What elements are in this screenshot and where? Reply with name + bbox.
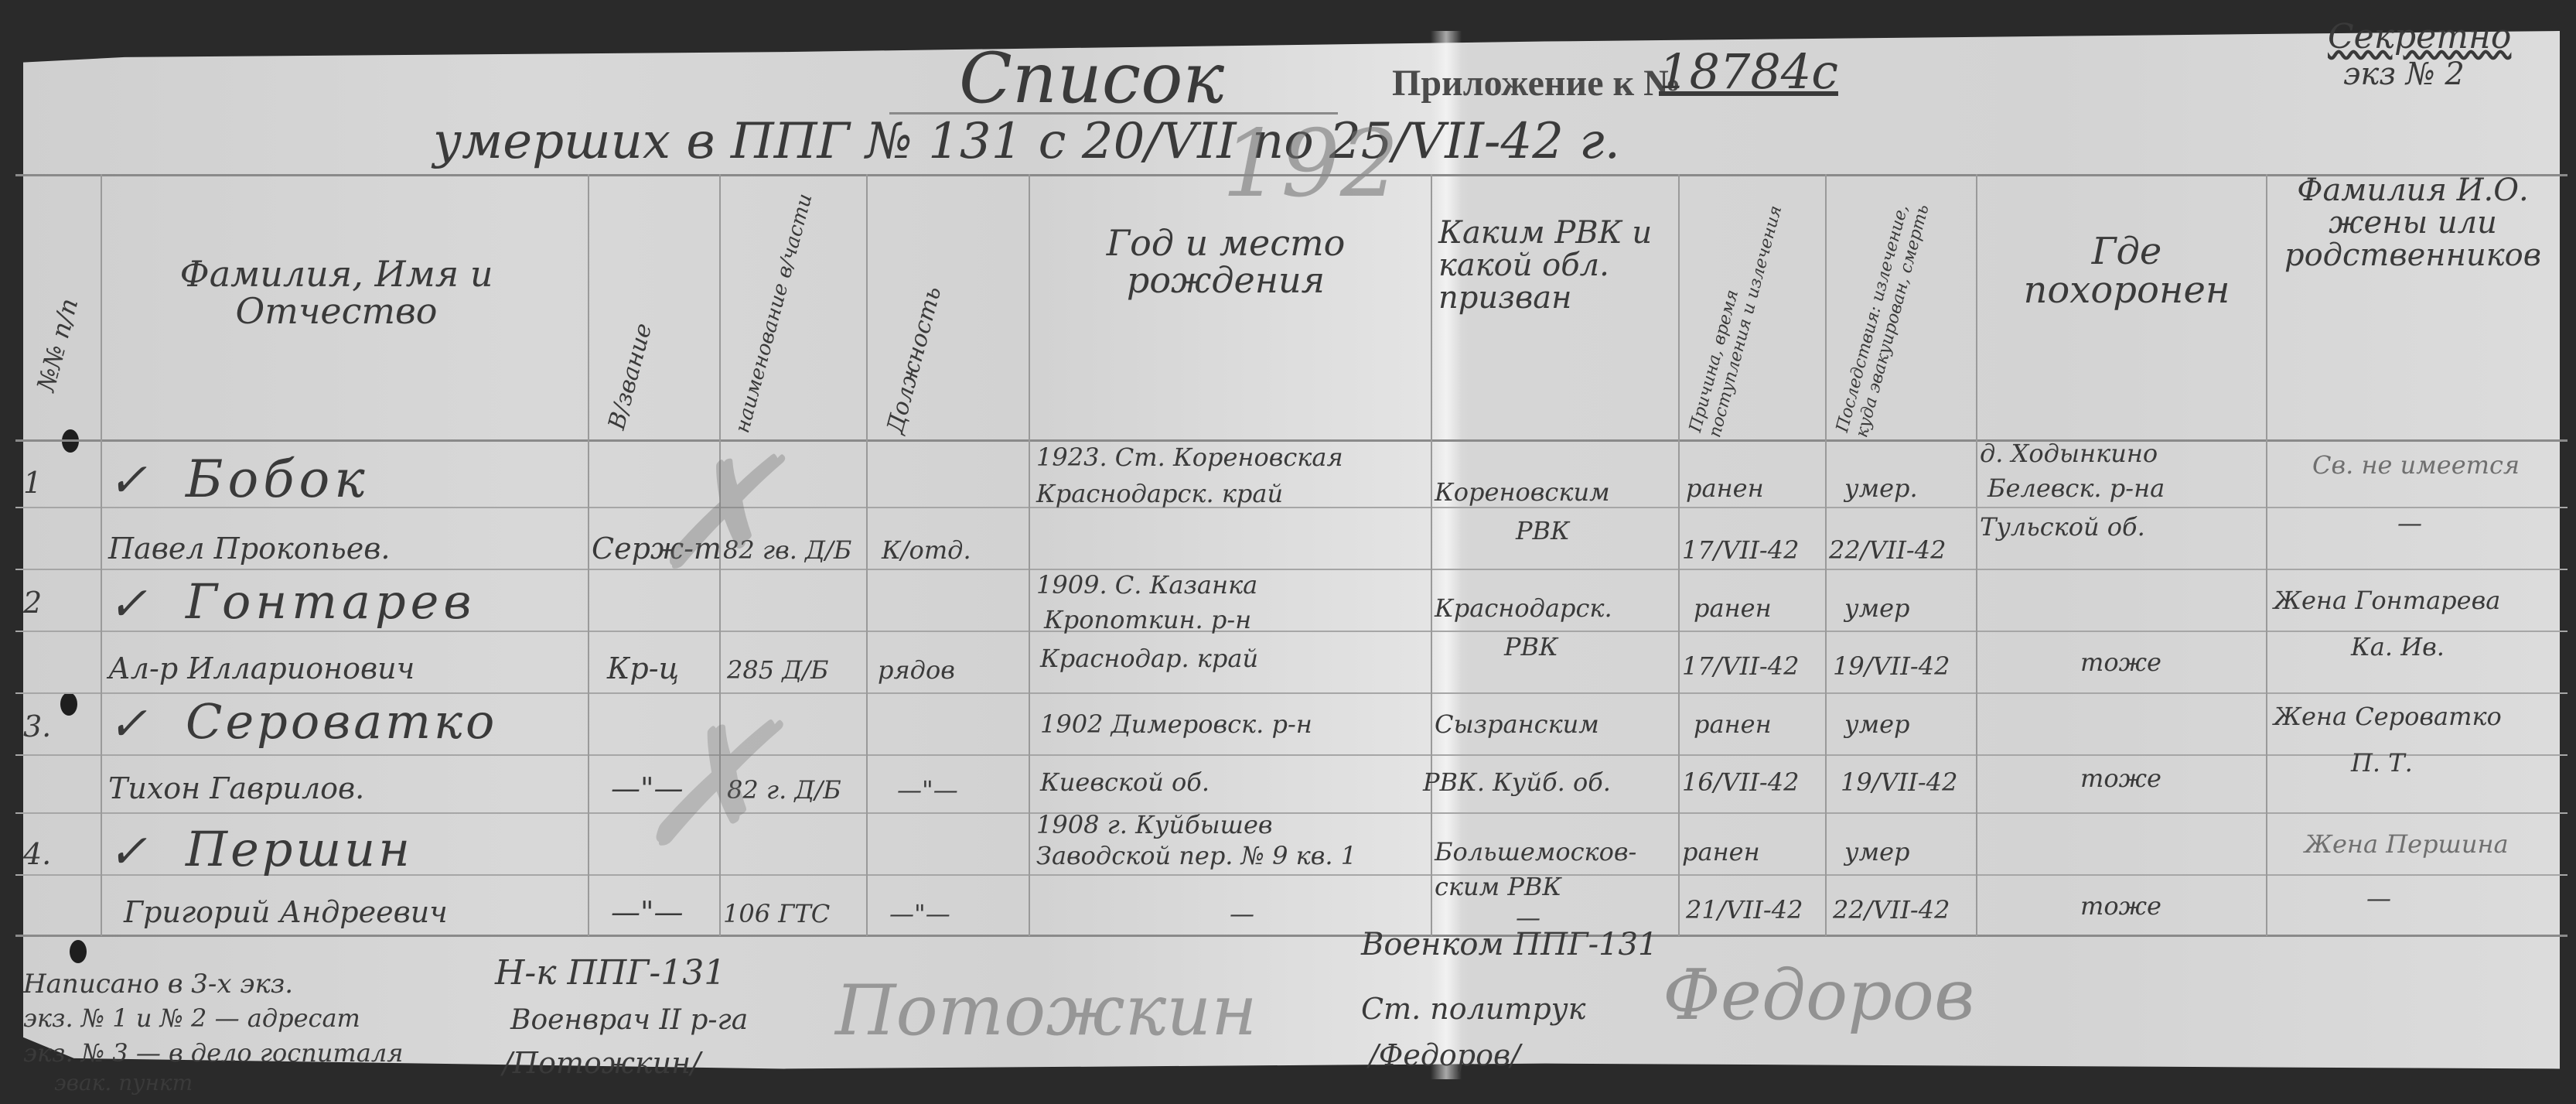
commissar-rank: Ст. политрук: [1361, 994, 1585, 1025]
chief-signature: Потожкин: [835, 975, 1257, 1048]
birth: 1909. С. Казанка: [1036, 573, 1257, 599]
burial: тоже: [2080, 894, 2161, 920]
relatives: П. Т.: [2351, 750, 2413, 777]
chief-title: Н-к ППГ-131: [495, 955, 725, 991]
unit: 106 ГТС: [723, 901, 830, 928]
relatives: Жена Сероватко: [2274, 704, 2502, 730]
position: —"—: [889, 901, 950, 928]
pencil-annotation: 192: [1222, 116, 1399, 214]
cause: ранен: [1694, 712, 1772, 738]
birth: Кропоткин. р-н: [1044, 607, 1251, 634]
check-mark-icon: ✓: [108, 700, 147, 749]
stamp-label: Приложение к №: [1392, 62, 1680, 104]
birth: —: [1230, 901, 1254, 928]
check-mark-icon: ✓: [108, 828, 147, 877]
birth: Киевской об.: [1040, 770, 1210, 796]
burial: тоже: [2080, 650, 2161, 676]
note-line: экз. № 3 — в дело госпиталя: [23, 1041, 403, 1067]
rank: Кр-ц: [607, 654, 679, 685]
relatives: Жена Гонтарева: [2274, 588, 2500, 614]
copy-number: экз № 2: [2343, 58, 2465, 91]
cause-date: 17/VII-42: [1682, 654, 1799, 680]
position: К/отд.: [882, 538, 971, 564]
punch-hole: [60, 692, 77, 716]
birth: 1908 г. Куйбышев: [1036, 812, 1273, 839]
header-birth: Год и место рождения: [1040, 224, 1411, 299]
header-name: Фамилия, Имя и Отчество: [112, 255, 561, 330]
surname: Першин: [186, 824, 413, 874]
paper-fold: [1431, 31, 1462, 1079]
drafted: ским РВК: [1435, 874, 1561, 901]
birth: Краснодарск. край: [1036, 481, 1283, 508]
unit: 285 Д/Б: [727, 658, 829, 684]
cause: ранен: [1686, 476, 1764, 502]
commissar-signature: Федоров: [1663, 959, 1974, 1033]
cause: ранен: [1682, 839, 1760, 866]
death: умер: [1844, 839, 1910, 866]
drafted: Большемосков-: [1435, 839, 1636, 866]
stamp-number: 18784с: [1659, 46, 1838, 97]
position: —"—: [897, 778, 958, 804]
pencil-cross-mark: ✗: [650, 433, 780, 596]
death-date: 19/VII-42: [1833, 654, 1950, 680]
check-mark-icon: ✓: [108, 580, 147, 629]
note-line: эвак. пункт: [54, 1072, 193, 1094]
rank: —"—: [611, 897, 683, 928]
relatives: Жена Першина: [2305, 832, 2509, 858]
drafted: РВК. Куйб. об.: [1423, 770, 1611, 796]
surname: Бобок: [186, 453, 370, 506]
relatives: —: [2366, 886, 2391, 912]
birth: Заводской пер. № 9 кв. 1: [1036, 843, 1356, 870]
burial: тоже: [2080, 766, 2161, 792]
given-names: Тихон Гаврилов.: [108, 774, 364, 805]
death-date: 22/VII-42: [1829, 538, 1946, 564]
row-num: 4.: [23, 839, 51, 870]
note-line: Написано в 3-х экз.: [23, 971, 293, 999]
commissar-name: /Федоров/: [1369, 1041, 1520, 1072]
surname: Гонтарев: [186, 576, 476, 627]
relatives: Св. не имеется: [2312, 453, 2520, 479]
given-names: Ал-р Илларионович: [108, 654, 415, 685]
check-mark-icon: ✓: [108, 456, 147, 505]
drafted: РВК: [1504, 634, 1558, 661]
relatives: Ка. Ив.: [2351, 634, 2445, 661]
document-title: Список: [959, 43, 1224, 116]
drafted: Краснодарск.: [1435, 596, 1612, 622]
death-date: 19/VII-42: [1841, 770, 1957, 796]
burial: Белевск. р-на: [1987, 476, 2165, 502]
burial: Тульской об.: [1980, 514, 2145, 541]
header-burial: Где похоронен: [2011, 232, 2243, 310]
chief-name: /Потожкин/: [503, 1048, 701, 1079]
birth: 1923. Ст. Кореновская: [1036, 445, 1343, 471]
surname: Сероватко: [186, 696, 497, 747]
birth: Краснодар. край: [1040, 646, 1258, 672]
birth: 1902 Димеровск. р-н: [1040, 712, 1312, 738]
row-num: 2: [23, 588, 42, 619]
death: умер: [1844, 596, 1910, 622]
document-subtitle: умерших в ППГ № 131 с 20/VII по 25/VII-4…: [433, 116, 1620, 168]
commissar-title: Военком ППГ-131: [1361, 928, 1657, 961]
relatives: —: [2397, 511, 2422, 537]
death: умер.: [1844, 476, 1918, 502]
punch-hole: [70, 940, 87, 963]
secrecy-label: Секретно: [2328, 19, 2511, 55]
cause-date: 16/VII-42: [1682, 770, 1799, 796]
burial: д. Ходынкино: [1980, 441, 2158, 467]
drafted: РВК: [1516, 518, 1570, 545]
note-line: экз. № 1 и № 2 — адресат: [23, 1006, 360, 1032]
row-num: 1: [23, 468, 42, 499]
chief-rank: Военврач II р-га: [510, 1006, 748, 1035]
drafted: Сызранским: [1435, 712, 1599, 738]
given-names: Григорий Андреевич: [124, 897, 448, 928]
cause-date: 21/VII-42: [1686, 897, 1803, 924]
drafted: Кореновским: [1435, 480, 1610, 506]
header-drafted: Каким РВК и какой обл. призван: [1438, 217, 1670, 314]
header-relatives: Фамилия И.О. жены или родственников: [2274, 174, 2552, 272]
cause: ранен: [1694, 596, 1772, 622]
pencil-cross-mark: ✗: [634, 696, 776, 875]
position: рядов: [878, 658, 955, 684]
cause-date: 17/VII-42: [1682, 538, 1799, 564]
death-date: 22/VII-42: [1833, 897, 1950, 924]
death: умер: [1844, 712, 1910, 738]
row-num: 3.: [23, 712, 51, 743]
given-names: Павел Прокопьев.: [108, 534, 390, 565]
